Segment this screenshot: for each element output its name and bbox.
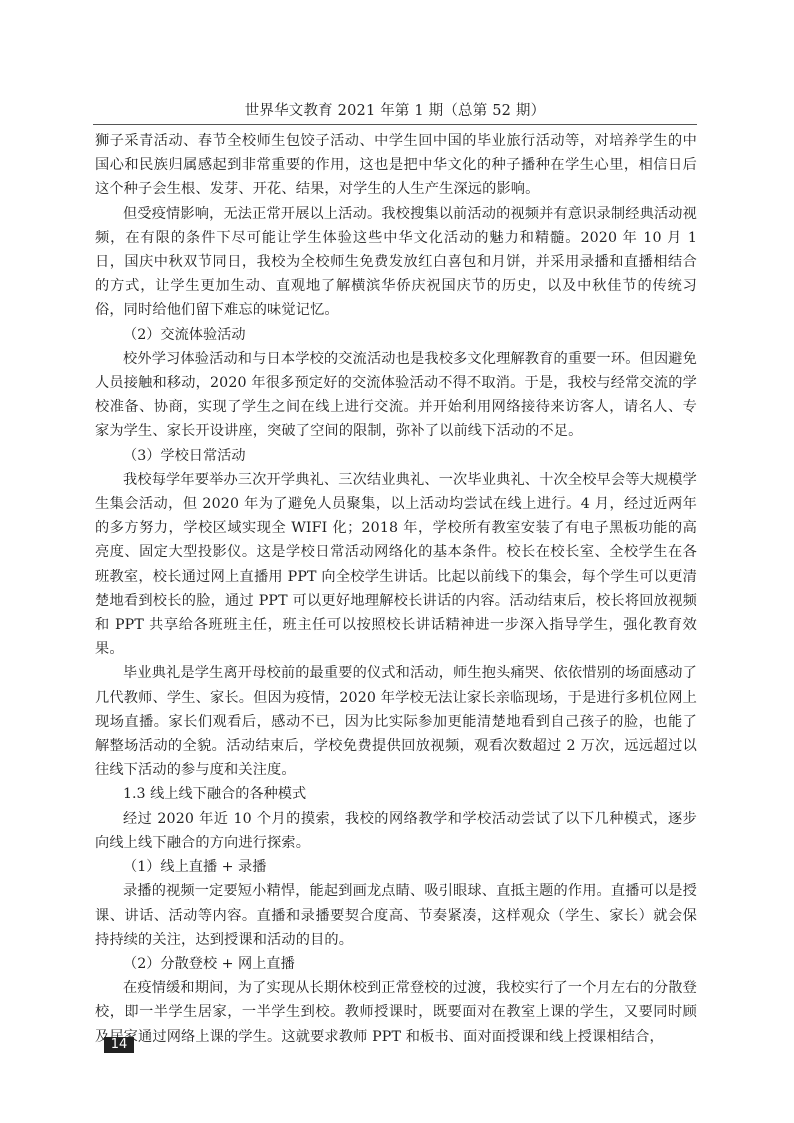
section-heading: （3）学校日常活动 xyxy=(95,444,697,468)
header-divider xyxy=(93,124,697,125)
paragraph: 在疫情缓和期间，为了实现从长期休校到正常登校的过渡，我校实行了一个月左右的分散登… xyxy=(95,976,697,1049)
section-heading: （1）线上直播 + 录播 xyxy=(95,855,697,879)
page-number: 14 xyxy=(104,1037,134,1053)
paragraph: 但受疫情影响，无法正常开展以上活动。我校搜集以前活动的视频并有意识录制经典活动视… xyxy=(95,202,697,323)
paragraph: 录播的视频一定要短小精悍，能起到画龙点睛、吸引眼球、直抵主题的作用。直播可以是授… xyxy=(95,879,697,952)
paragraph: 毕业典礼是学生离开母校前的最重要的仪式和活动，师生抱头痛哭、依依惜别的场面感动了… xyxy=(95,661,697,782)
section-heading: （2）分散登校 + 网上直播 xyxy=(95,952,697,976)
paragraph: 校外学习体验活动和与日本学校的交流活动也是我校多文化理解教育的重要一环。但因避免… xyxy=(95,347,697,444)
paragraph: 我校每学年要举办三次开学典礼、三次结业典礼、一次毕业典礼、十次全校早会等大规模学… xyxy=(95,468,697,662)
running-header: 世界华文教育 2021 年第 1 期（总第 52 期） xyxy=(93,99,697,120)
article-body: 狮子采青活动、春节全校师生包饺子活动、中学生回中国的毕业旅行活动等，对培养学生的… xyxy=(95,129,697,1049)
section-heading: 1.3 线上线下融合的各种模式 xyxy=(95,782,697,806)
section-heading: （2）交流体验活动 xyxy=(95,323,697,347)
paragraph: 经过 2020 年近 10 个月的摸索，我校的网络教学和学校活动尝试了以下几种模… xyxy=(95,807,697,855)
paragraph-continued: 狮子采青活动、春节全校师生包饺子活动、中学生回中国的毕业旅行活动等，对培养学生的… xyxy=(95,129,697,202)
